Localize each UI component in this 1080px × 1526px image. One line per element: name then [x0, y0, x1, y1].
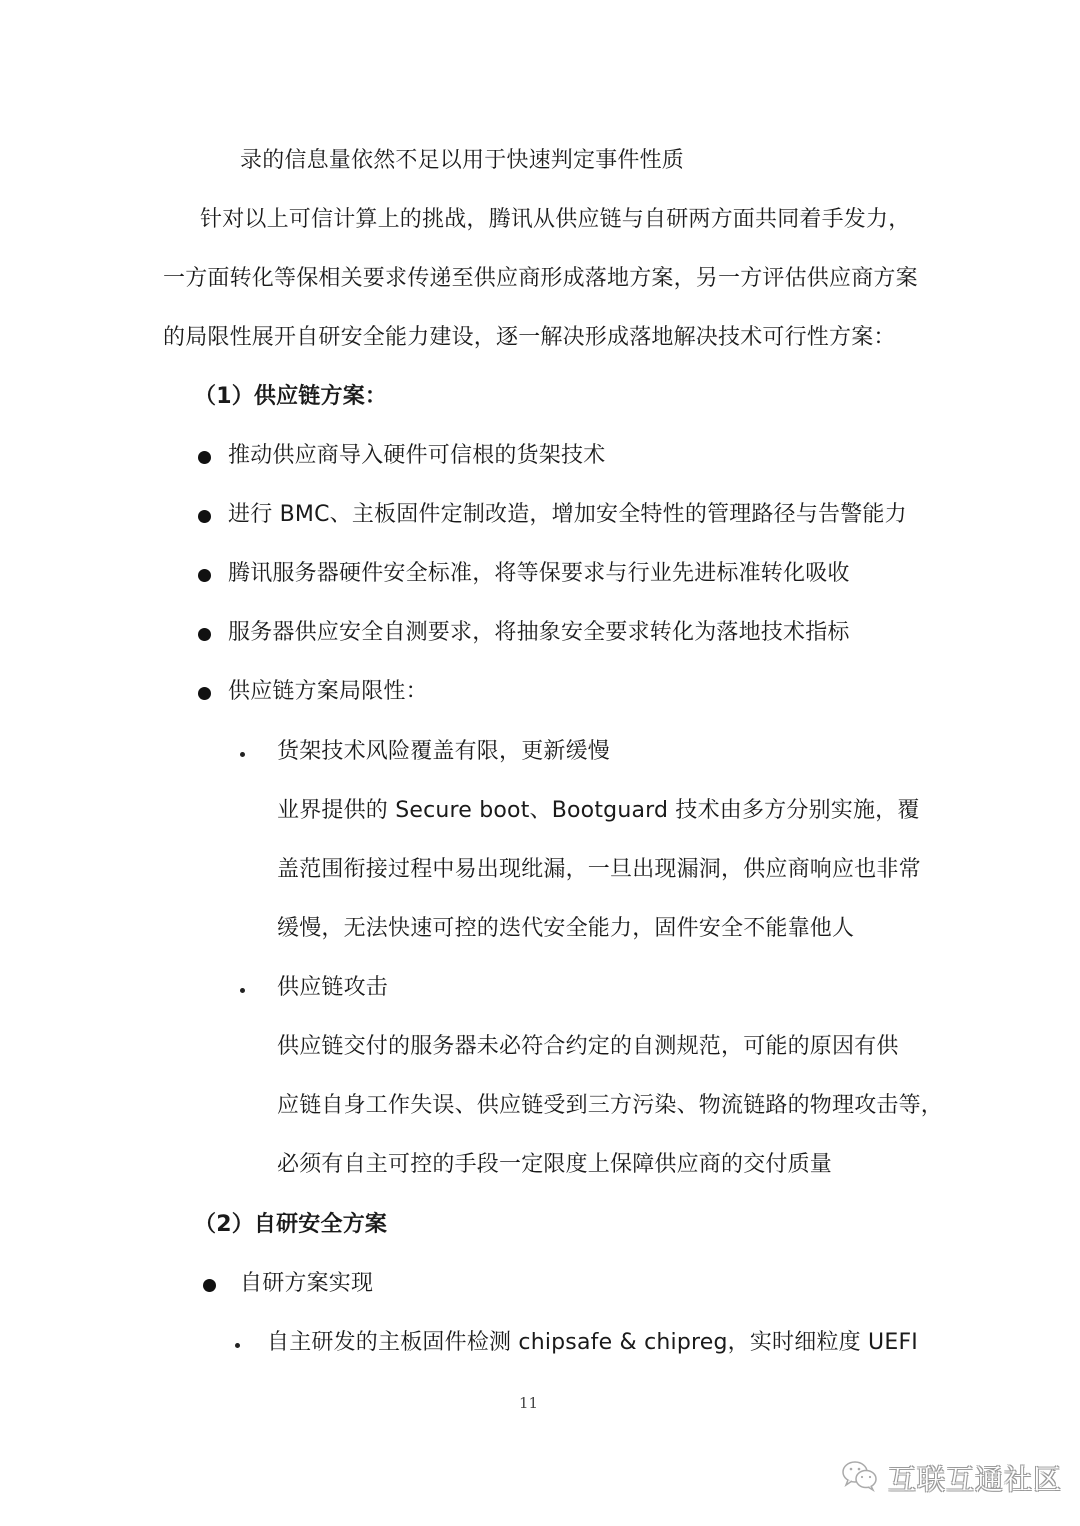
wechat-icon: [840, 1458, 880, 1498]
watermark-text: 互联互通社区: [888, 1458, 1062, 1498]
continued-line: 录的信息量依然不足以用于快速判定事件性质: [240, 146, 684, 176]
sub-item-line: 应链自身工作失误、供应链受到三方污染、物流链路的物理攻击等，: [277, 1091, 943, 1121]
section-heading-supply-chain: （1）供应链方案：: [194, 382, 387, 412]
bullet-item: 推动供应商导入硬件可信根的货架技术: [228, 441, 605, 471]
sub-bullet-icon: [235, 1343, 240, 1348]
sub-item-line: 缓慢，无法快速可控的迭代安全能力，固件安全不能靠他人: [277, 914, 854, 944]
paragraph-line: 针对以上可信计算上的挑战，腾讯从供应链与自研两方面共同着手发力，: [200, 205, 910, 235]
page-number: 11: [519, 1394, 538, 1412]
sub-item-title: 货架技术风险覆盖有限，更新缓慢: [277, 737, 610, 767]
sub-item-title: 供应链攻击: [277, 973, 388, 1003]
bullet-icon: [198, 510, 211, 523]
sub-item-line: 业界提供的 Secure boot、Bootguard 技术由多方分别实施，覆: [277, 796, 920, 826]
bullet-icon: [198, 687, 211, 700]
watermark: 互联互通社区: [840, 1458, 1062, 1498]
bullet-item: 腾讯服务器硬件安全标准，将等保要求与行业先进标准转化吸收: [228, 559, 850, 589]
bullet-item: 进行 BMC、主板固件定制改造，增加安全特性的管理路径与告警能力: [228, 500, 907, 530]
sub-item-line: 必须有自主可控的手段一定限度上保障供应商的交付质量: [277, 1150, 832, 1180]
bullet-icon: [198, 569, 211, 582]
sub-item-line: 盖范围衔接过程中易出现纰漏，一旦出现漏洞，供应商响应也非常: [277, 855, 921, 885]
bullet-item: 自研方案实现: [240, 1269, 373, 1299]
sub-bullet-icon: [240, 752, 245, 757]
bullet-icon: [198, 628, 211, 641]
sub-item-line: 自主研发的主板固件检测 chipsafe & chipreg，实时细粒度 UEF…: [267, 1328, 918, 1358]
paragraph-line: 的局限性展开自研安全能力建设，逐一解决形成落地解决技术可行性方案：: [163, 323, 896, 353]
sub-bullet-icon: [240, 988, 245, 993]
bullet-item: 服务器供应安全自测要求，将抽象安全要求转化为落地技术指标: [228, 618, 850, 648]
bullet-icon: [198, 451, 211, 464]
bullet-icon: [203, 1279, 216, 1292]
section-heading-in-house: （2）自研安全方案: [194, 1210, 387, 1240]
paragraph-line: 一方面转化等保相关要求传递至供应商形成落地方案，另一方评估供应商方案: [163, 264, 918, 294]
sub-item-line: 供应链交付的服务器未必符合约定的自测规范，可能的原因有供: [277, 1032, 899, 1062]
bullet-item: 供应链方案局限性：: [228, 677, 428, 707]
